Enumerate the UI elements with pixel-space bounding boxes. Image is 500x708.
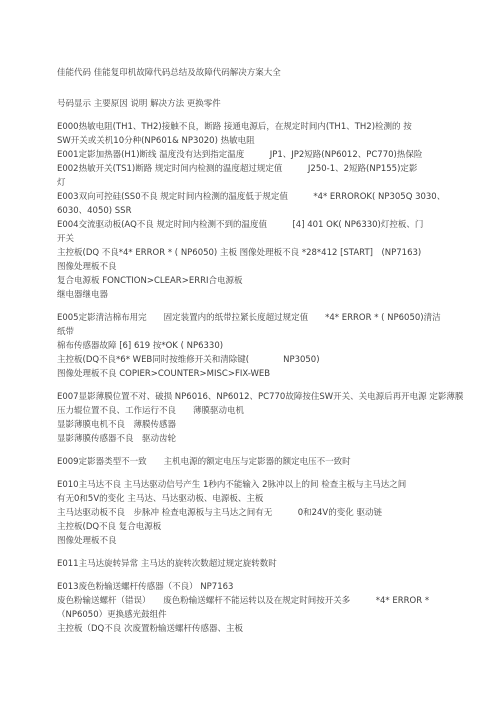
text-line: E003双向可控硅(SS0不良 规定时间内检测的温度低于规定值 *4* ERRO… — [57, 190, 472, 204]
paragraph-e010: E010主马达不良 主马达驱动信号产生 1秒内不能输入 2脉冲以上的间 检查主板… — [57, 478, 472, 548]
paragraph-e009: E009定影器类型不一致 主机电源的额定电压与定影器的额定电压不一致时 — [57, 455, 472, 469]
text-line: E000热敏电阻(TH1、TH2)接触不良，断路 接通电源后，在规定时间内(TH… — [57, 120, 472, 134]
paragraph-e000-e004: E000热敏电阻(TH1、TH2)接触不良，断路 接通电源后，在规定时间内(TH… — [57, 120, 472, 302]
text-line: E007显影薄膜位置不对、破损 NP6016、NP6012、PC770故障按住S… — [57, 390, 472, 404]
text-line: E011主马达旋转异常 主马达的旋转次数超过规定旋转数时 — [57, 557, 472, 571]
paragraph-e013: E013废色粉输送螺杆传感器（不良） NP7163 废色粉输送螺杆（错误） 废色… — [57, 580, 472, 636]
text-line: SW开关或关机10分种(NP601& NP3020) 热敏电阻 — [57, 134, 472, 148]
text-line: 压力辊位置不良、工作运行不良 薄膜驱动电机 — [57, 404, 472, 418]
text-line: 主控板(DQ 不良*4* ERROR * ( NP6050) 主板 图像处理板不… — [57, 246, 472, 260]
text-line: E009定影器类型不一致 主机电源的额定电压与定影器的额定电压不一致时 — [57, 455, 472, 469]
text-line: 继电器继电器 — [57, 288, 472, 302]
document-page: 佳能代码 佳能复印机故障代码总结及故障代码解决方案大全 号码显示 主要原因 说明… — [0, 0, 500, 708]
text-line: 主控板（DQ不良 次废置粉输送螺杆传感器、主板 — [57, 622, 472, 636]
text-line: 主控板(DQ不良*6* WEB同时按维修开关和清除键( NP3050) — [57, 353, 472, 367]
paragraph-e005: E005定影清洁棉布用完 固定装置内的纸带拉紧长度超过规定值 *4* ERROR… — [57, 311, 472, 381]
text-line: 复合电源板 FONCTION>CLEAR>ERRI合电源板 — [57, 274, 472, 288]
text-line: 主控板(DQ不良 复合电源板 — [57, 520, 472, 534]
text-line: E013废色粉输送螺杆传感器（不良） NP7163 — [57, 580, 472, 594]
text-line: E005定影清洁棉布用完 固定装置内的纸带拉紧长度超过规定值 *4* ERROR… — [57, 311, 472, 325]
text-line: 主马达驱动板不良 步脉冲 检查电源板与主马达之间有无 0和24V的变化 驱动链 — [57, 506, 472, 520]
text-line: 有无0和5V的变化 主马达、马达驱动板、电源板、主板 — [57, 492, 472, 506]
text-line: 显影薄膜电机不良 薄膜传感器 — [57, 418, 472, 432]
document-title: 佳能代码 佳能复印机故障代码总结及故障代码解决方案大全 — [57, 66, 472, 80]
paragraph-e007: E007显影薄膜位置不对、破损 NP6016、NP6012、PC770故障按住S… — [57, 390, 472, 446]
text-line: 图像处理板不良 — [57, 260, 472, 274]
text-line: 图像处理板不良 — [57, 534, 472, 548]
text-line: 开关 — [57, 232, 472, 246]
text-line: 6030、4050) SSR — [57, 204, 472, 218]
text-line: 纸带 — [57, 325, 472, 339]
text-line: E002热敏开关(TS1)断路 规定时间内检测的温度超过规定值 J250-1、2… — [57, 162, 472, 176]
text-line: E004交流驱动板(AQ不良 规定时间内检测不到的温度值 [4] 401 OK(… — [57, 218, 472, 232]
text-line: 棉布传感器故障 [6] 619 按*OK ( NP6330) — [57, 339, 472, 353]
text-line: 灯 — [57, 176, 472, 190]
text-line: 图像处理板不良 COPIER>COUNTER>MISC>FIX-WEB — [57, 367, 472, 381]
text-line: E001定影加热器(H1)断线 温度没有达到指定温度 JP1、JP2短路(NP6… — [57, 148, 472, 162]
column-header-line: 号码显示 主要原因 说明 解决方法 更换零件 — [57, 97, 472, 111]
text-line: 废色粉输送螺杆（错误） 废色粉输送螺杆不能运转以及在规定时间按开关多 *4* E… — [57, 594, 472, 608]
text-line: 显影薄膜传感器不良 驱动齿轮 — [57, 432, 472, 446]
text-line: （NP6050）更换感光鼓组件 — [57, 608, 472, 622]
text-line: E010主马达不良 主马达驱动信号产生 1秒内不能输入 2脉冲以上的间 检查主板… — [57, 478, 472, 492]
paragraph-e011: E011主马达旋转异常 主马达的旋转次数超过规定旋转数时 — [57, 557, 472, 571]
